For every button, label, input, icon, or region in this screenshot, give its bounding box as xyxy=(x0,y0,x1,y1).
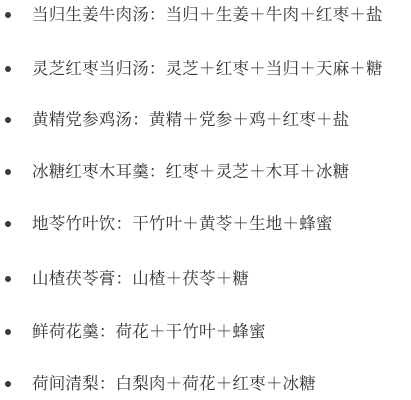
list-item-text: 荷间清梨：白梨肉＋荷花＋红枣＋冰糖 xyxy=(32,372,316,396)
recipe-ingredients: 荷花＋干竹叶＋蜂蜜 xyxy=(116,322,266,341)
bullet-icon xyxy=(5,329,11,335)
bullet-icon xyxy=(5,169,11,175)
list-item-text: 冰糖红枣木耳羹：红枣＋灵芝＋木耳＋冰糖 xyxy=(32,160,349,184)
separator: ： xyxy=(149,5,166,24)
recipe-ingredients: 灵芝＋红枣＋当归＋天麻＋糖 xyxy=(166,59,383,78)
recipe-ingredients: 白梨肉＋荷花＋红枣＋冰糖 xyxy=(116,374,316,393)
recipe-name: 冰糖红枣木耳羹 xyxy=(32,162,149,181)
recipe-name: 鲜荷花羹 xyxy=(32,322,99,341)
recipe-name: 当归生姜牛肉汤 xyxy=(32,5,149,24)
recipe-ingredients: 山楂＋茯苓＋糖 xyxy=(132,269,249,288)
separator: ： xyxy=(116,214,133,233)
list-item-text: 黄精党参鸡汤：黄精＋党参＋鸡＋红枣＋盐 xyxy=(32,108,349,132)
recipe-name: 荷间清梨 xyxy=(32,374,99,393)
recipe-name: 黄精党参鸡汤 xyxy=(32,110,132,129)
recipe-list: 当归生姜牛肉汤：当归＋生姜＋牛肉＋红枣＋盐 灵芝红枣当归汤：灵芝＋红枣＋当归＋天… xyxy=(0,0,411,400)
list-item-text: 地苓竹叶饮：干竹叶＋黄苓＋生地＋蜂蜜 xyxy=(32,212,333,236)
list-item-text: 当归生姜牛肉汤：当归＋生姜＋牛肉＋红枣＋盐 xyxy=(32,3,383,27)
recipe-name: 灵芝红枣当归汤 xyxy=(32,59,149,78)
recipe-name: 山楂茯苓膏 xyxy=(32,269,116,288)
separator: ： xyxy=(116,269,133,288)
recipe-ingredients: 当归＋生姜＋牛肉＋红枣＋盐 xyxy=(166,5,383,24)
separator: ： xyxy=(149,162,166,181)
recipe-ingredients: 红枣＋灵芝＋木耳＋冰糖 xyxy=(166,162,350,181)
separator: ： xyxy=(149,59,166,78)
list-item-text: 鲜荷花羹：荷花＋干竹叶＋蜂蜜 xyxy=(32,320,266,344)
list-item-text: 灵芝红枣当归汤：灵芝＋红枣＋当归＋天麻＋糖 xyxy=(32,57,383,81)
recipe-ingredients: 黄精＋党参＋鸡＋红枣＋盐 xyxy=(149,110,349,129)
recipe-ingredients: 干竹叶＋黄苓＋生地＋蜂蜜 xyxy=(132,214,332,233)
recipe-name: 地苓竹叶饮 xyxy=(32,214,116,233)
separator: ： xyxy=(132,110,149,129)
bullet-icon xyxy=(5,12,11,18)
separator: ： xyxy=(99,374,116,393)
bullet-icon xyxy=(5,276,11,282)
bullet-icon xyxy=(5,381,11,387)
separator: ： xyxy=(99,322,116,341)
bullet-icon xyxy=(5,221,11,227)
bullet-icon xyxy=(5,66,11,72)
bullet-icon xyxy=(5,117,11,123)
list-item-text: 山楂茯苓膏：山楂＋茯苓＋糖 xyxy=(32,267,249,291)
